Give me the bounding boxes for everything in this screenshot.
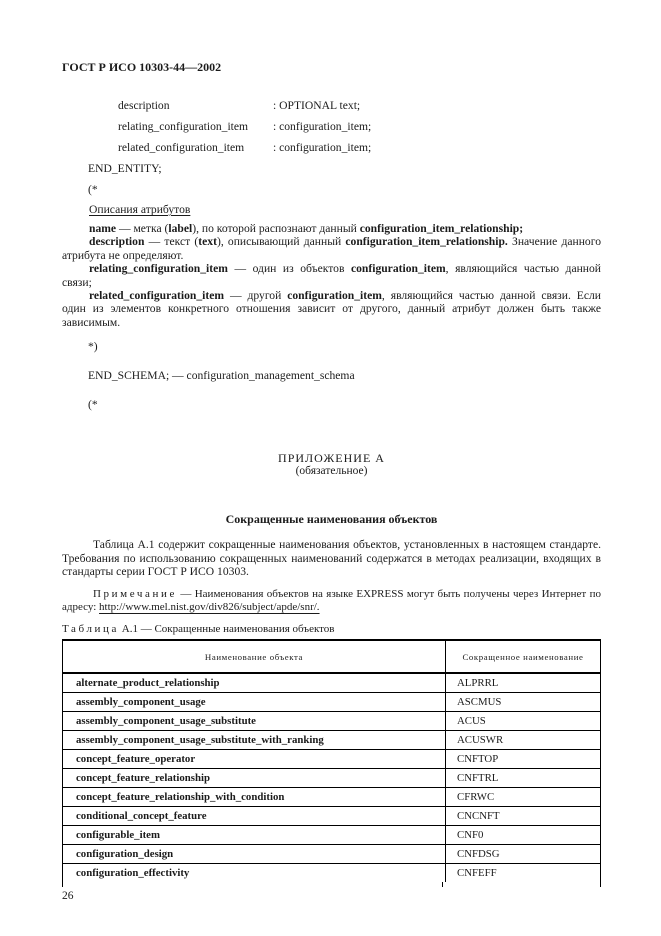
abbreviation-table-head: Наименование объекта Сокращенное наимено… [63,640,601,673]
express-code-block: description : OPTIONAL text; relating_co… [62,95,601,200]
entity-name-cell: concept_feature_relationship [63,769,446,788]
end-schema-statement: END_SCHEMA; — configuration_management_s… [88,365,601,386]
entity-name-cell: assembly_component_usage_substitute [63,712,446,731]
abbreviation-cell: ASCMUS [446,693,601,712]
standard-designation: ГОСТ Р ИСО 10303-44—2002 [62,60,601,74]
table-caption-label: Таблица [62,623,119,635]
table-row: concept_feature_operatorCNFTOP [63,750,601,769]
entity-name-cell: configuration_design [63,845,446,864]
table-row: concept_feature_relationshipCNFTRL [63,769,601,788]
table-caption-text: А.1 — Сокращенные наименования объектов [119,623,335,635]
express-attribute-line: description : OPTIONAL text; [118,95,601,116]
note-label: Примечание [93,588,177,600]
column-header-object-name: Наименование объекта [63,640,446,673]
table-row: assembly_component_usageASCMUS [63,693,601,712]
entity-name-cell: alternate_product_relationship [63,673,446,693]
note-url: http://www.mel.nist.gov/div826/subject/a… [99,601,320,613]
abbreviation-table-body: alternate_product_relationshipALPRRLasse… [63,673,601,882]
comment-close-marker: *) [88,336,601,357]
annex-obligation-note: (обязательное) [62,465,601,478]
table-continuation-cut [62,882,601,887]
abbreviation-cell: CNF0 [446,826,601,845]
abbreviation-cell: ACUSWR [446,731,601,750]
abbreviation-cell: CNCNFT [446,807,601,826]
table-row: assembly_component_usage_substituteACUS [63,712,601,731]
entity-name-cell: concept_feature_relationship_with_condit… [63,788,446,807]
entity-name-cell: assembly_component_usage_substitute_with… [63,731,446,750]
attribute-descriptions-heading: Описания атрибутов [89,203,190,217]
end-entity-statement: END_ENTITY; [88,158,601,179]
abbreviation-cell: ACUS [446,712,601,731]
table-header-row: Наименование объекта Сокращенное наимено… [63,640,601,673]
table-row: alternate_product_relationshipALPRRL [63,673,601,693]
comment-open-marker: (* [88,394,601,415]
attribute-name: description [118,95,273,116]
abbreviation-cell: CNFTRL [446,769,601,788]
table-row: configuration_designCNFDSG [63,845,601,864]
attribute-description-paragraph: name — метка (label), по которой распозн… [62,222,601,235]
attribute-type: : configuration_item; [273,116,371,137]
table-row: assembly_component_usage_substitute_with… [63,731,601,750]
table-caption: Таблица А.1 — Сокращенные наименования о… [62,623,601,636]
attribute-description-paragraph: description — текст (text), описывающий … [62,235,601,262]
abbreviation-cell: ALPRRL [446,673,601,693]
entity-name-cell: configurable_item [63,826,446,845]
attribute-type: : configuration_item; [273,137,371,158]
attribute-type: : OPTIONAL text; [273,95,360,116]
abbreviation-cell: CFRWC [446,788,601,807]
annex-label: ПРИЛОЖЕНИЕ А [62,451,601,465]
express-attribute-line: related_configuration_item : configurati… [118,137,601,158]
column-header-abbreviation: Сокращенное наименование [446,640,601,673]
abbreviation-table: Наименование объекта Сокращенное наимено… [62,639,601,882]
entity-name-cell: conditional_concept_feature [63,807,446,826]
abbreviation-cell: CNFEFF [446,864,601,883]
abbreviation-cell: CNFDSG [446,845,601,864]
attribute-name: related_configuration_item [118,137,273,158]
table-row: concept_feature_relationship_with_condit… [63,788,601,807]
entity-name-cell: configuration_effectivity [63,864,446,883]
table-row: configuration_effectivityCNFEFF [63,864,601,883]
attribute-description-paragraph: relating_configuration_item — один из об… [62,262,601,289]
table-row: configurable_itemCNF0 [63,826,601,845]
table-row: conditional_concept_featureCNCNFT [63,807,601,826]
entity-name-cell: concept_feature_operator [63,750,446,769]
express-attribute-line: relating_configuration_item : configurat… [118,116,601,137]
attribute-descriptions: name — метка (label), по которой распозн… [62,222,601,329]
comment-open-marker: (* [88,179,601,200]
entity-name-cell: assembly_component_usage [63,693,446,712]
abbreviation-cell: CNFTOP [446,750,601,769]
attribute-description-paragraph: related_configuration_item — другой conf… [62,289,601,329]
attribute-name: relating_configuration_item [118,116,273,137]
note-paragraph: Примечание — Наименования объектов на яз… [62,588,601,614]
annex-header: ПРИЛОЖЕНИЕ А (обязательное) [62,451,601,478]
page-number: 26 [62,890,601,903]
document-page: ГОСТ Р ИСО 10303-44—2002 description : O… [0,0,661,936]
annex-intro-paragraph: Таблица А.1 содержит сокращенные наимено… [62,538,601,578]
annex-title: Сокращенные наименования объектов [62,512,601,526]
